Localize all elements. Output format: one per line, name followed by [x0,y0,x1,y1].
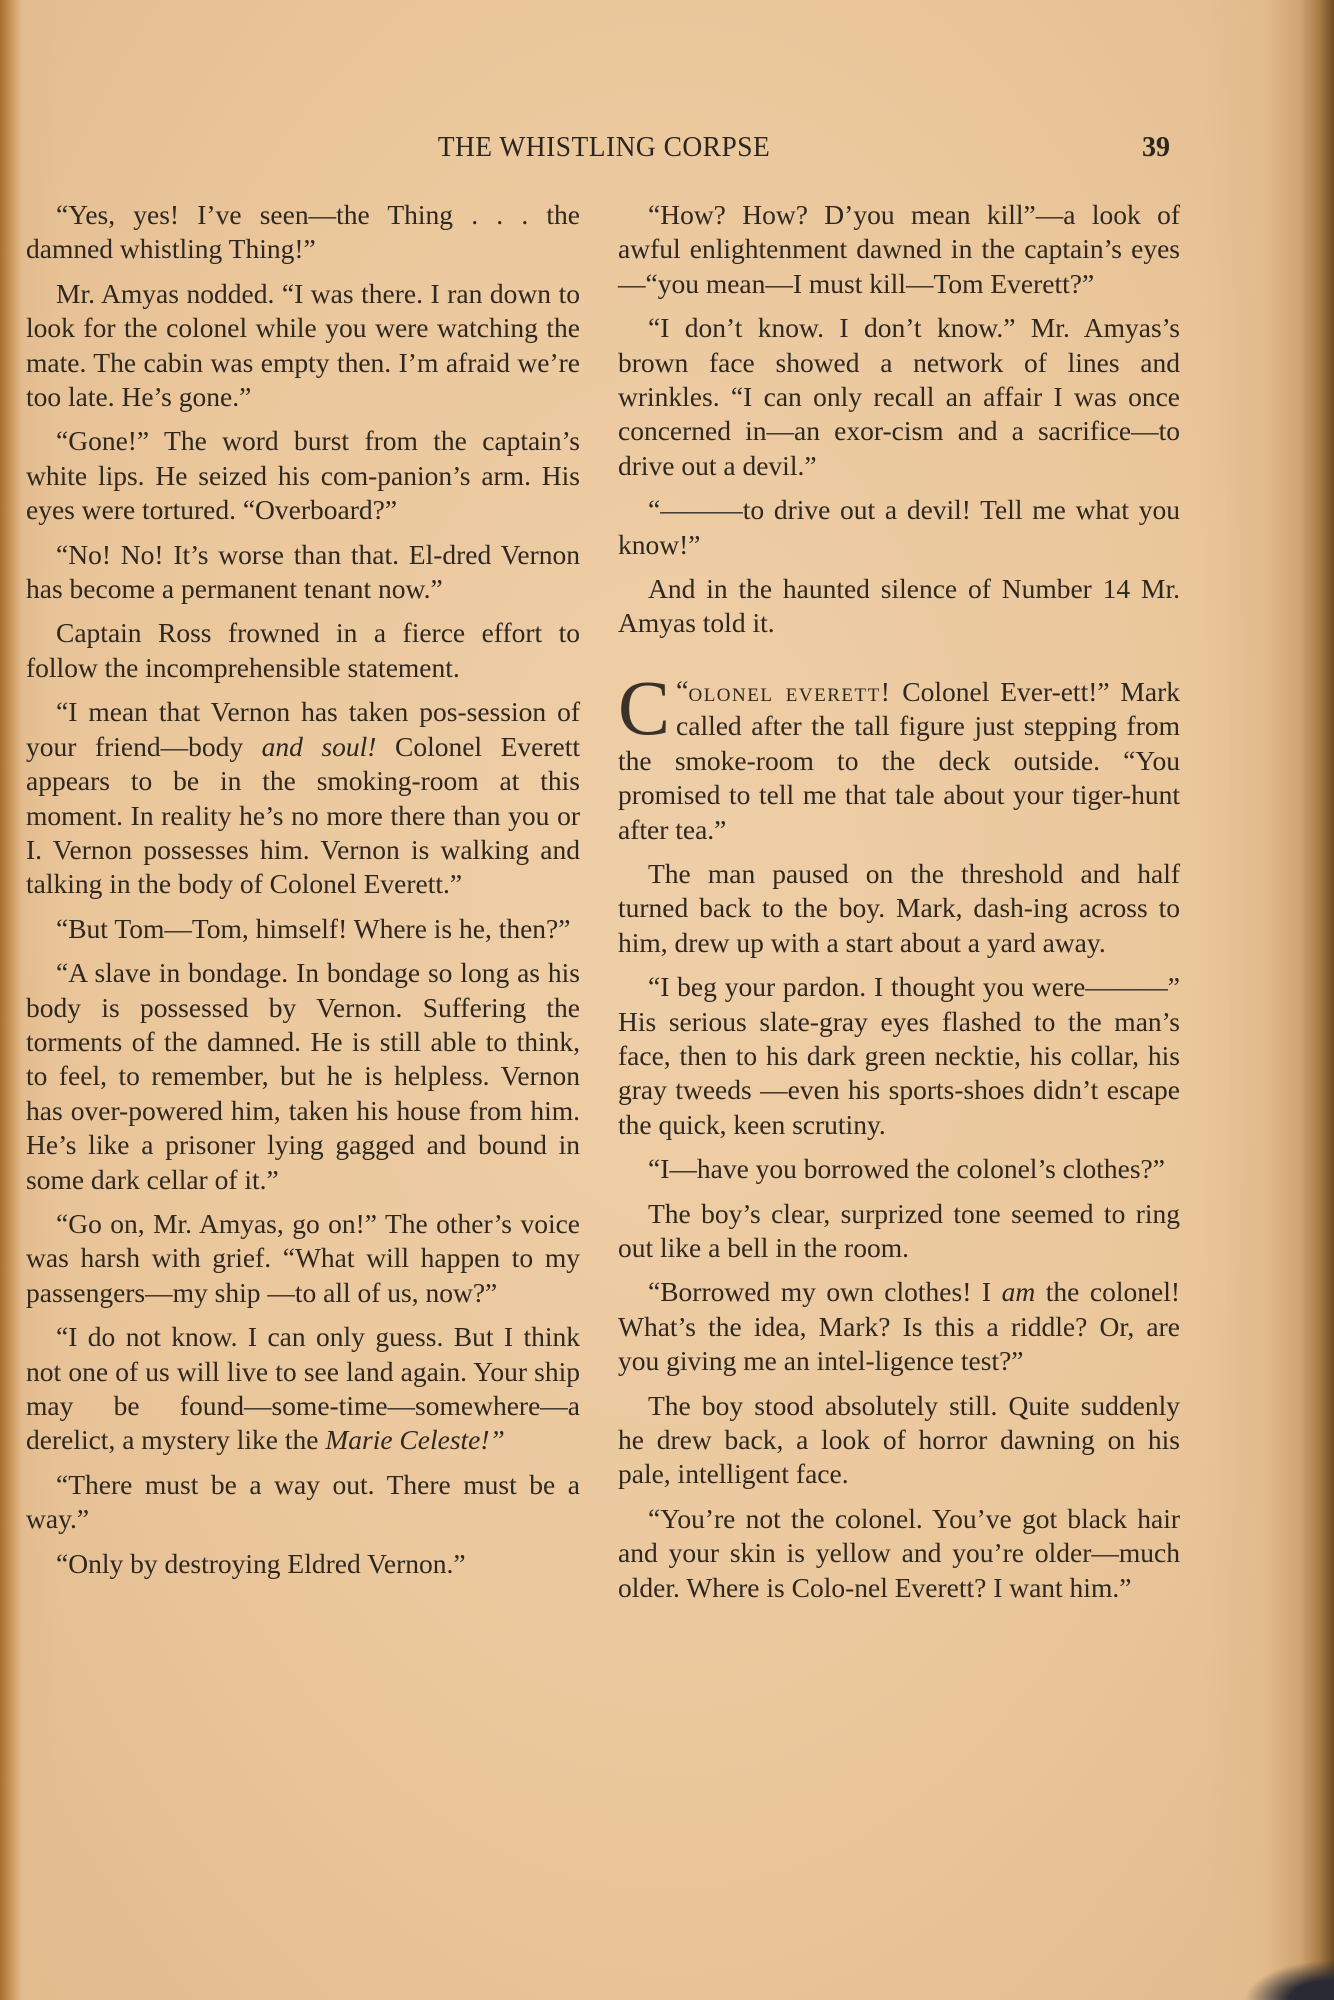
small-caps-lead: olonel everett! [688,676,891,707]
paragraph: “Gone!” The word burst from the captain’… [26,424,580,527]
paragraph: “I don’t know. I don’t know.” Mr. Amyas’… [618,311,1180,483]
paragraph: Mr. Amyas nodded. “I was there. I ran do… [26,277,580,415]
running-title: THE WHISTLING CORPSE [379,132,830,164]
italic-text: and soul! [262,731,377,762]
page-number: 39 [1142,132,1170,164]
paragraph: Captain Ross frowned in a fierce effort … [26,616,580,685]
paragraph: And in the haunted silence of Number 14 … [618,572,1180,641]
paragraph: The boy stood absolutely still. Quite su… [618,1389,1180,1492]
paragraph: “Yes, yes! I’ve seen—the Thing . . . the… [26,198,580,267]
right-column: “How? How? D’you mean kill”—a look of aw… [618,198,1180,1615]
paragraph: “But Tom—Tom, himself! Where is he, then… [26,912,580,946]
paragraph: “No! No! It’s worse than that. El-dred V… [26,538,580,607]
paragraph: “How? How? D’you mean kill”—a look of aw… [618,198,1180,301]
italic-text: Marie Celeste!” [325,1424,504,1455]
paragraph: “———to drive out a devil! Tell me what y… [618,493,1180,562]
section-opening-paragraph: “Colonel everett! Colonel Ever-ett!” Mar… [618,675,1180,847]
italic-text: am [1002,1276,1036,1307]
book-page: THE WHISTLING CORPSE 39 “Yes, yes! I’ve … [0,0,1334,2000]
paragraph: “I mean that Vernon has taken pos-sessio… [26,695,580,901]
paragraph: “Only by destroying Eldred Vernon.” [26,1547,580,1581]
paragraph: “I beg your pardon. I thought you were——… [618,970,1180,1142]
paragraph: “Borrowed my own clothes! I am the colon… [618,1275,1180,1378]
paragraph: “I do not know. I can only guess. But I … [26,1320,580,1458]
paragraph: The man paused on the threshold and half… [618,857,1180,960]
paragraph: The boy’s clear, surprized tone seemed t… [618,1197,1180,1266]
paragraph: “I—have you borrowed the colonel’s cloth… [618,1152,1180,1186]
paragraph: “A slave in bondage. In bondage so long … [26,956,580,1197]
page-header: THE WHISTLING CORPSE 39 [0,132,1334,172]
paragraph: “There must be a way out. There must be … [26,1468,580,1537]
opening-quote: “ [676,676,688,707]
left-column: “Yes, yes! I’ve seen—the Thing . . . the… [26,198,580,1591]
paragraph: “Go on, Mr. Amyas, go on!” The other’s v… [26,1207,580,1310]
drop-cap: C [618,677,670,739]
text-run: “Borrowed my own clothes! I [648,1276,1002,1307]
paragraph: “You’re not the colonel. You’ve got blac… [618,1502,1180,1605]
